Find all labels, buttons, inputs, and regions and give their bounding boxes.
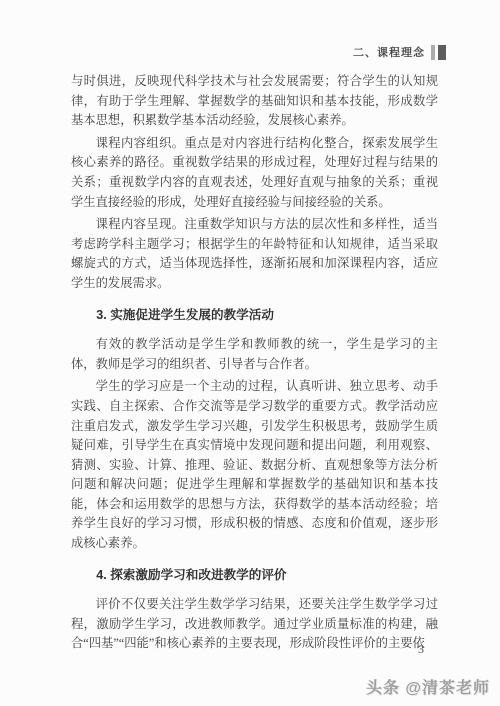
paragraph: 与时俱进，反映现代科学技术与社会发展需要；符合学生的认知规律，有助于学生理解、掌… [71, 72, 438, 131]
header-bar-thick [438, 45, 446, 60]
section-heading-4: 4. 探索激励学习和改进教学的评价 [71, 566, 438, 586]
paragraph: 课程内容呈现。注重数学知识与方法的层次性和多样性，适当考虑跨学科主题学习；根据学… [71, 215, 438, 293]
paragraph: 学生的学习应是一个主动的过程，认真听讲、独立思考、动手实践、自主探索、合作交流等… [71, 377, 438, 553]
section-heading-3: 3. 实施促进学生发展的教学活动 [71, 306, 438, 326]
running-header: 二、课程理念 [353, 44, 446, 60]
watermark: 头条 @清茶老师 [366, 675, 490, 698]
page-body: 与时俱进，反映现代科学技术与社会发展需要；符合学生的认知规律，有助于学生理解、掌… [71, 72, 438, 657]
header-bars-icon [431, 45, 446, 60]
paragraph: 有效的教学活动是学生学和教师教的统一，学生是学习的主体，教师是学习的组织者、引导… [71, 335, 438, 374]
running-header-title: 二、课程理念 [353, 44, 425, 60]
paragraph: 评价不仅要关注学生数学学习结果，还要关注学生数学学习过程，激励学生学习，改进教师… [71, 595, 438, 654]
paragraph: 课程内容组织。重点是对内容进行结构化整合，探索发展学生核心素养的路径。重视数学结… [71, 134, 438, 212]
header-bar-thin [431, 45, 435, 60]
page-number: 3 [418, 642, 424, 657]
document-page: 二、课程理念 与时俱进，反映现代科学技术与社会发展需要；符合学生的认知规律，有助… [0, 0, 500, 706]
